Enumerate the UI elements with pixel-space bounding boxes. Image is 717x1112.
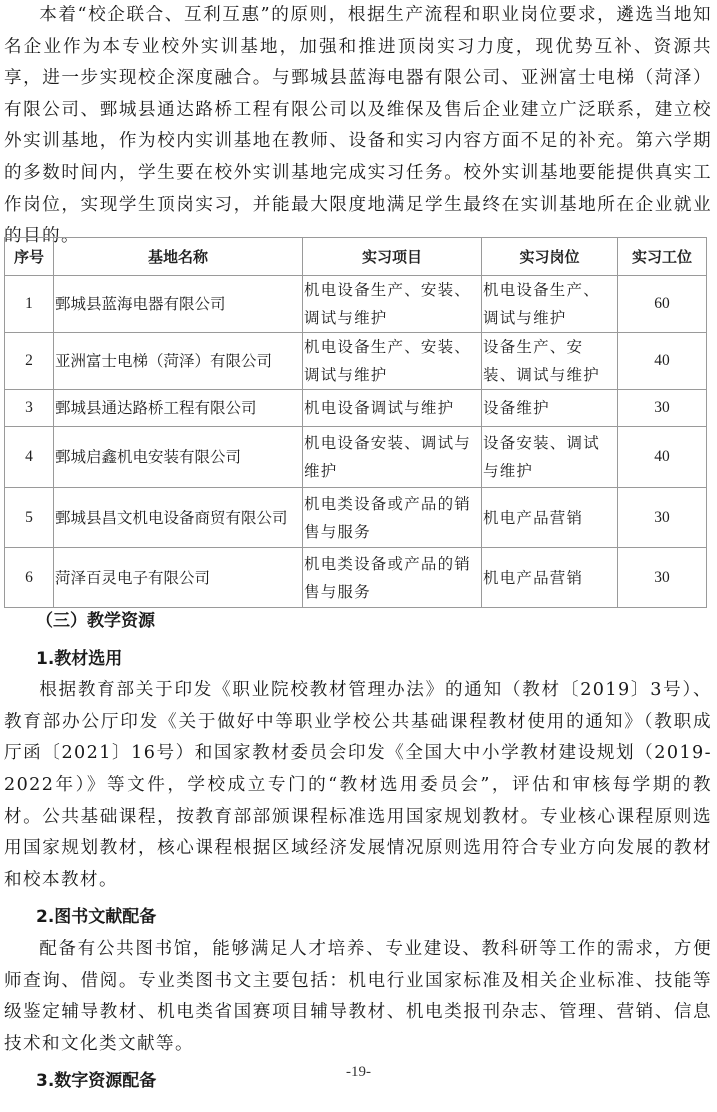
header-slots: 实习工位 xyxy=(618,238,707,276)
cell-post: 机电设备生产、调试与维护 xyxy=(482,276,618,333)
table-row: 1 鄄城县蓝海电器有限公司 机电设备生产、安装、调试与维护 机电设备生产、调试与… xyxy=(5,276,707,333)
intro-section: 本着“校企联合、互利互惠”的原则，根据生产流程和职业岗位要求，遴选当地知名企业作… xyxy=(4,0,712,253)
cell-slots: 30 xyxy=(618,488,707,548)
cell-no: 2 xyxy=(5,333,54,390)
cell-post: 机电产品营销 xyxy=(482,488,618,548)
library-resources-paragraph: 配备有公共图书馆，能够满足人才培养、专业建设、教科研等工作的需求，方便师查询、借… xyxy=(4,934,712,1060)
practice-bases-table: 序号 基地名称 实习项目 实习岗位 实习工位 1 鄄城县蓝海电器有限公司 机电设… xyxy=(4,237,707,608)
cell-name: 鄄城启鑫机电安装有限公司 xyxy=(54,427,303,488)
table-row: 6 菏泽百灵电子有限公司 机电类设备或产品的销售与服务 机电产品营销 30 xyxy=(5,548,707,608)
intro-paragraph: 本着“校企联合、互利互惠”的原则，根据生产流程和职业岗位要求，遴选当地知名企业作… xyxy=(4,0,712,253)
table-header-row: 序号 基地名称 实习项目 实习岗位 实习工位 xyxy=(5,238,707,276)
cell-post: 设备维护 xyxy=(482,390,618,427)
section-heading-teaching-resources: （三）教学资源 xyxy=(4,606,712,638)
cell-no: 3 xyxy=(5,390,54,427)
heading-textbook-selection: 1.教材选用 xyxy=(4,644,712,676)
cell-name: 鄄城县通达路桥工程有限公司 xyxy=(54,390,303,427)
table-row: 3 鄄城县通达路桥工程有限公司 机电设备调试与维护 设备维护 30 xyxy=(5,390,707,427)
cell-project: 机电类设备或产品的销售与服务 xyxy=(303,488,482,548)
heading-library-resources: 2.图书文献配备 xyxy=(4,902,712,934)
cell-project: 机电设备安装、调试与维护 xyxy=(303,427,482,488)
page-number: -19- xyxy=(0,1064,717,1081)
cell-slots: 30 xyxy=(618,548,707,608)
table-row: 5 鄄城县昌文机电设备商贸有限公司 机电类设备或产品的销售与服务 机电产品营销 … xyxy=(5,488,707,548)
cell-slots: 40 xyxy=(618,427,707,488)
cell-post: 机电产品营销 xyxy=(482,548,618,608)
teaching-resources-section: （三）教学资源 1.教材选用 根据教育部关于印发《职业院校教材管理办法》的通知（… xyxy=(4,606,712,1098)
cell-project: 机电设备生产、安装、调试与维护 xyxy=(303,333,482,390)
table-row: 2 亚洲富士电梯（菏泽）有限公司 机电设备生产、安装、调试与维护 设备生产、安装… xyxy=(5,333,707,390)
cell-name: 鄄城县昌文机电设备商贸有限公司 xyxy=(54,488,303,548)
textbook-selection-paragraph: 根据教育部关于印发《职业院校教材管理办法》的通知（教材〔2019〕3号）、教育部… xyxy=(4,675,712,896)
cell-no: 4 xyxy=(5,427,54,488)
cell-slots: 60 xyxy=(618,276,707,333)
header-no: 序号 xyxy=(5,238,54,276)
header-name: 基地名称 xyxy=(54,238,303,276)
cell-slots: 30 xyxy=(618,390,707,427)
cell-project: 机电设备生产、安装、调试与维护 xyxy=(303,276,482,333)
table-row: 4 鄄城启鑫机电安装有限公司 机电设备安装、调试与维护 设备安装、调试与维护 4… xyxy=(5,427,707,488)
cell-no: 1 xyxy=(5,276,54,333)
cell-name: 鄄城县蓝海电器有限公司 xyxy=(54,276,303,333)
cell-no: 6 xyxy=(5,548,54,608)
cell-project: 机电类设备或产品的销售与服务 xyxy=(303,548,482,608)
cell-post: 设备安装、调试与维护 xyxy=(482,427,618,488)
cell-post: 设备生产、安装、调试与维护 xyxy=(482,333,618,390)
header-project: 实习项目 xyxy=(303,238,482,276)
cell-project: 机电设备调试与维护 xyxy=(303,390,482,427)
cell-no: 5 xyxy=(5,488,54,548)
header-post: 实习岗位 xyxy=(482,238,618,276)
cell-name: 菏泽百灵电子有限公司 xyxy=(54,548,303,608)
cell-name: 亚洲富士电梯（菏泽）有限公司 xyxy=(54,333,303,390)
cell-slots: 40 xyxy=(618,333,707,390)
